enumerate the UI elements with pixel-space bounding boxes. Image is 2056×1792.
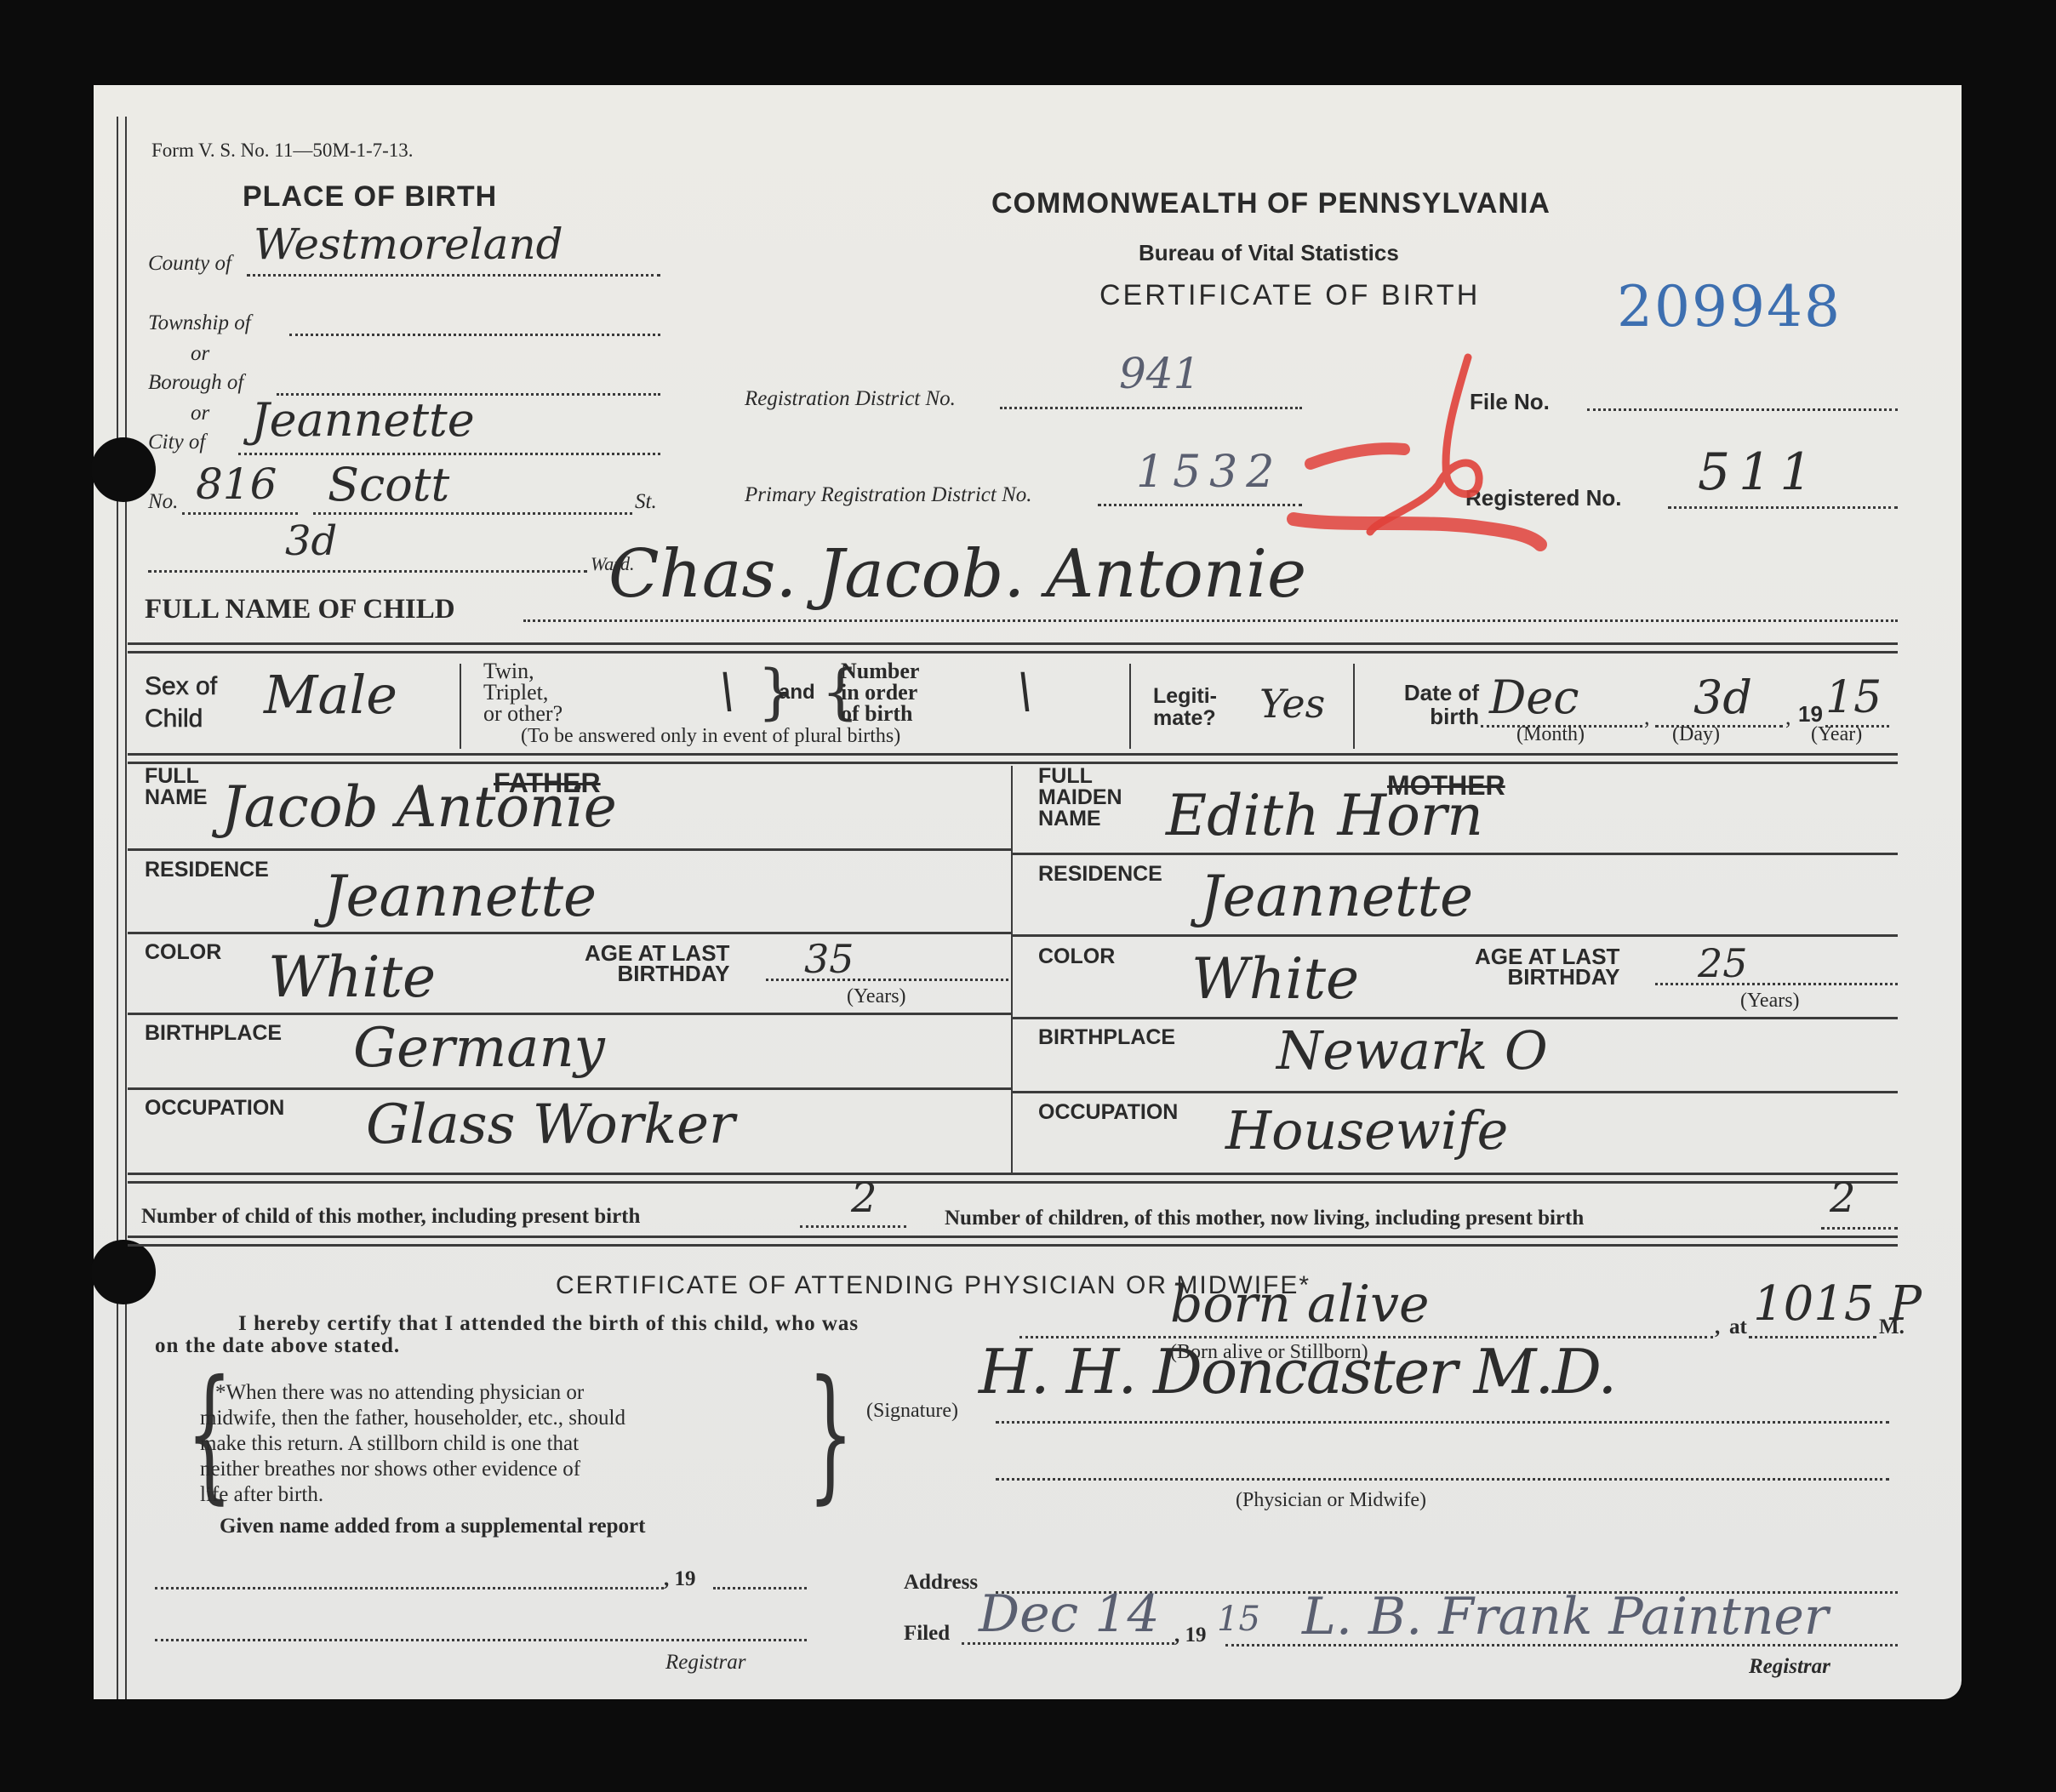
county-line xyxy=(247,274,660,277)
street-number-value[interactable]: 816 xyxy=(196,459,277,509)
certify-text: I hereby certify that I attended the bir… xyxy=(238,1312,859,1336)
mother-age-line xyxy=(1655,983,1898,985)
county-label: County of xyxy=(148,252,231,276)
father-color-label: COLOR xyxy=(145,940,221,965)
mother-age-value[interactable]: 25 xyxy=(1698,940,1748,986)
left-border-line xyxy=(117,117,118,1699)
county-value[interactable]: Westmoreland xyxy=(254,220,563,269)
father-name-value[interactable]: Jacob Antonie xyxy=(221,774,617,840)
city-value[interactable]: Jeannette xyxy=(251,393,475,447)
mother-birthplace-value[interactable]: Newark O xyxy=(1276,1019,1548,1081)
registered-number-line xyxy=(1668,506,1898,509)
row-divider xyxy=(128,1087,1011,1090)
signature-label: (Signature) xyxy=(866,1400,958,1423)
divider xyxy=(128,642,1898,645)
mother-name-value[interactable]: Edith Horn xyxy=(1166,783,1483,848)
number-of-child-value[interactable]: 2 xyxy=(851,1174,877,1222)
street-name-value[interactable]: Scott xyxy=(328,458,449,511)
parents-divider xyxy=(1011,766,1013,1174)
number-of-child-line xyxy=(800,1225,906,1228)
label-line: NAME xyxy=(1038,808,1122,830)
divider xyxy=(128,762,1898,764)
note-line: make this return. A stillborn child is o… xyxy=(200,1431,625,1457)
mother-occupation-label: OCCUPATION xyxy=(1038,1100,1178,1125)
label-line: BIRTHDAY xyxy=(585,963,729,984)
father-age-label: AGE AT LAST BIRTHDAY xyxy=(585,943,729,984)
twin-label-line: or other? xyxy=(483,703,563,724)
divider xyxy=(128,1173,1898,1175)
sex-value[interactable]: Male xyxy=(264,664,397,726)
file-number-line xyxy=(1587,408,1898,411)
divider xyxy=(128,651,1898,653)
state-heading: COMMONWEALTH OF PENNSYLVANIA xyxy=(991,187,1551,220)
city-line xyxy=(238,453,660,455)
father-residence-value[interactable]: Jeannette xyxy=(323,864,597,929)
signature-line xyxy=(996,1421,1889,1424)
number-of-child-label: Number of child of this mother, includin… xyxy=(141,1205,640,1229)
row-divider xyxy=(128,1013,1011,1015)
note-line: life after birth. xyxy=(200,1482,625,1508)
street-label: St. xyxy=(635,490,657,514)
label-line: NAME xyxy=(145,787,208,808)
full-name-line xyxy=(523,619,1898,622)
form-number: Form V. S. No. 11—50M-1-7-13. xyxy=(151,140,414,162)
legit-label-line: mate? xyxy=(1153,707,1217,729)
row-divider xyxy=(1013,853,1898,855)
dob-month-value[interactable]: Dec xyxy=(1489,671,1579,724)
comma: , xyxy=(1644,705,1650,730)
dob-year-value[interactable]: 15 xyxy=(1825,672,1882,723)
filed-century: , 19 xyxy=(1174,1624,1207,1647)
sex-label: Sex of xyxy=(145,672,217,701)
supplemental-registrar-label: Registrar xyxy=(665,1651,745,1675)
supplemental-label: Given name added from a supplemental rep… xyxy=(220,1515,645,1538)
full-name-label: FULL NAME OF CHILD xyxy=(145,594,455,625)
registration-district-line xyxy=(1000,407,1302,409)
label-line: MAIDEN xyxy=(1038,787,1122,808)
mother-residence-value[interactable]: Jeannette xyxy=(1200,864,1473,929)
primary-district-value[interactable]: 1532 xyxy=(1136,447,1282,498)
ward-value[interactable]: 3d xyxy=(285,517,337,565)
row-divider xyxy=(1013,934,1898,937)
legitimate-label: Legiti- mate? xyxy=(1153,685,1217,729)
physician-caption: (Physician or Midwife) xyxy=(1236,1489,1426,1512)
physician-signature-value[interactable]: H. H. Doncaster M.D. xyxy=(979,1336,1615,1407)
divider xyxy=(128,1236,1898,1238)
certificate-title: CERTIFICATE OF BIRTH xyxy=(1099,279,1480,312)
father-occupation-value[interactable]: Glass Worker xyxy=(366,1093,735,1156)
dob-label-line: birth xyxy=(1385,705,1479,728)
filed-year-value[interactable]: 15 xyxy=(1217,1600,1260,1639)
supplemental-date-line xyxy=(155,1587,664,1589)
mother-name-label: FULL MAIDEN NAME xyxy=(1038,766,1122,830)
registrar-signature-value[interactable]: L. B. Frank Paintner xyxy=(1302,1587,1829,1646)
and-label: and xyxy=(779,681,815,705)
mother-occupation-value[interactable]: Housewife xyxy=(1225,1099,1508,1161)
street-number-line xyxy=(182,512,298,515)
order-label-line: of birth xyxy=(841,703,919,724)
hole-punch xyxy=(91,437,156,502)
label-line: FULL xyxy=(145,766,208,787)
divider xyxy=(128,753,1898,756)
column-divider xyxy=(1353,664,1355,749)
supplemental-registrar-line xyxy=(155,1639,807,1641)
father-color-value[interactable]: White xyxy=(268,945,436,1010)
order-label-line: Number xyxy=(841,660,919,682)
place-of-birth-heading: PLACE OF BIRTH xyxy=(243,180,497,214)
hole-punch xyxy=(91,1240,156,1304)
supplemental-year-label: , 19 xyxy=(664,1567,696,1591)
twin-label-line: Triplet, xyxy=(483,682,563,703)
label-line: FULL xyxy=(1038,766,1122,787)
order-label-line: in order xyxy=(841,682,919,703)
mother-age-label: AGE AT LAST BIRTHDAY xyxy=(1475,946,1619,987)
borough-label: Borough of xyxy=(148,371,243,395)
year-caption: (Year) xyxy=(1811,723,1862,746)
living-children-value[interactable]: 2 xyxy=(1830,1174,1856,1222)
row-divider xyxy=(128,848,1011,851)
or-label: or xyxy=(191,342,209,366)
left-border-line xyxy=(125,117,127,1699)
label-line: BIRTHDAY xyxy=(1475,967,1619,987)
at-label: at xyxy=(1729,1315,1747,1339)
dob-day-value[interactable]: 3d xyxy=(1693,671,1752,724)
note-line: midwife, then the father, householder, e… xyxy=(200,1406,625,1431)
registration-district-value[interactable]: 941 xyxy=(1119,349,1200,398)
note-line: *When there was no attending physician o… xyxy=(200,1380,625,1406)
row-divider xyxy=(1013,1091,1898,1093)
registration-district-label: Registration District No. xyxy=(745,387,956,411)
legitimate-value[interactable]: Yes xyxy=(1259,681,1325,727)
comma: , xyxy=(1785,705,1791,730)
mother-color-label: COLOR xyxy=(1038,945,1115,969)
mother-birthplace-label: BIRTHPLACE xyxy=(1038,1025,1175,1050)
living-children-line xyxy=(1821,1227,1898,1230)
red-crayon-mark xyxy=(1276,349,1583,553)
comma: , xyxy=(1715,1315,1720,1339)
bureau-name: Bureau of Vital Statistics xyxy=(1139,240,1399,266)
father-birthplace-value[interactable]: Germany xyxy=(353,1017,605,1080)
street-number-label: No. xyxy=(148,490,178,514)
born-value[interactable]: born alive xyxy=(1170,1275,1429,1334)
registrar-label: Registrar xyxy=(1749,1655,1830,1679)
mother-color-value[interactable]: White xyxy=(1191,946,1359,1012)
mother-residence-label: RESIDENCE xyxy=(1038,862,1162,887)
father-birthplace-label: BIRTHPLACE xyxy=(145,1021,282,1046)
month-caption: (Month) xyxy=(1516,723,1585,746)
ward-line xyxy=(148,570,587,573)
years-caption: (Years) xyxy=(847,985,906,1008)
filed-date-value[interactable]: Dec 14 xyxy=(979,1584,1160,1644)
time-line xyxy=(1749,1336,1876,1338)
years-caption: (Years) xyxy=(1740,990,1800,1013)
stillborn-note: *When there was no attending physician o… xyxy=(200,1380,625,1508)
divider xyxy=(128,1244,1898,1247)
supplemental-year-line xyxy=(713,1587,807,1589)
dob-label: Date of birth xyxy=(1385,681,1479,728)
father-occupation-label: OCCUPATION xyxy=(145,1096,284,1121)
right-brace-icon: } xyxy=(808,1361,854,1506)
twin-label-line: Twin, xyxy=(483,660,563,682)
twin-value[interactable]: \ xyxy=(719,664,735,719)
child-full-name-value[interactable]: Chas. Jacob. Antonie xyxy=(608,536,1306,613)
physician-line-2 xyxy=(996,1478,1889,1481)
day-caption: (Day) xyxy=(1672,723,1720,746)
living-children-label: Number of children, of this mother, now … xyxy=(945,1207,1584,1230)
column-divider xyxy=(1129,664,1131,749)
father-age-value[interactable]: 35 xyxy=(804,936,854,982)
street-name-line xyxy=(313,512,632,515)
row-divider xyxy=(128,932,1011,934)
father-age-line xyxy=(766,979,1008,981)
township-label: Township of xyxy=(148,311,251,335)
twin-label: Twin, Triplet, or other? xyxy=(483,660,563,724)
legit-label-line: Legiti- xyxy=(1153,685,1217,707)
divider xyxy=(128,1181,1898,1184)
primary-district-line xyxy=(1098,504,1302,506)
sex-label-2: Child xyxy=(145,705,203,733)
column-divider xyxy=(460,664,461,749)
order-value[interactable]: \ xyxy=(1017,664,1033,719)
certificate-number: 209948 xyxy=(1617,274,1842,340)
filed-label: Filed xyxy=(904,1622,950,1646)
father-name-label: FULL NAME xyxy=(145,766,208,808)
birth-certificate: Form V. S. No. 11—50M-1-7-13. PLACE OF B… xyxy=(94,85,1962,1699)
dob-label-line: Date of xyxy=(1385,681,1479,705)
order-label: Number in order of birth xyxy=(841,660,919,724)
address-label: Address xyxy=(904,1571,978,1595)
registered-number-value[interactable]: 511 xyxy=(1698,442,1821,502)
primary-district-label: Primary Registration District No. xyxy=(745,483,1032,507)
note-line: neither breathes nor shows other evidenc… xyxy=(200,1457,625,1482)
father-residence-label: RESIDENCE xyxy=(145,858,269,882)
city-label: City of xyxy=(148,431,205,454)
plural-note: (To be answered only in event of plural … xyxy=(521,725,900,748)
m-label: M. xyxy=(1879,1315,1905,1339)
or-label: or xyxy=(191,402,209,425)
township-line xyxy=(289,334,660,336)
